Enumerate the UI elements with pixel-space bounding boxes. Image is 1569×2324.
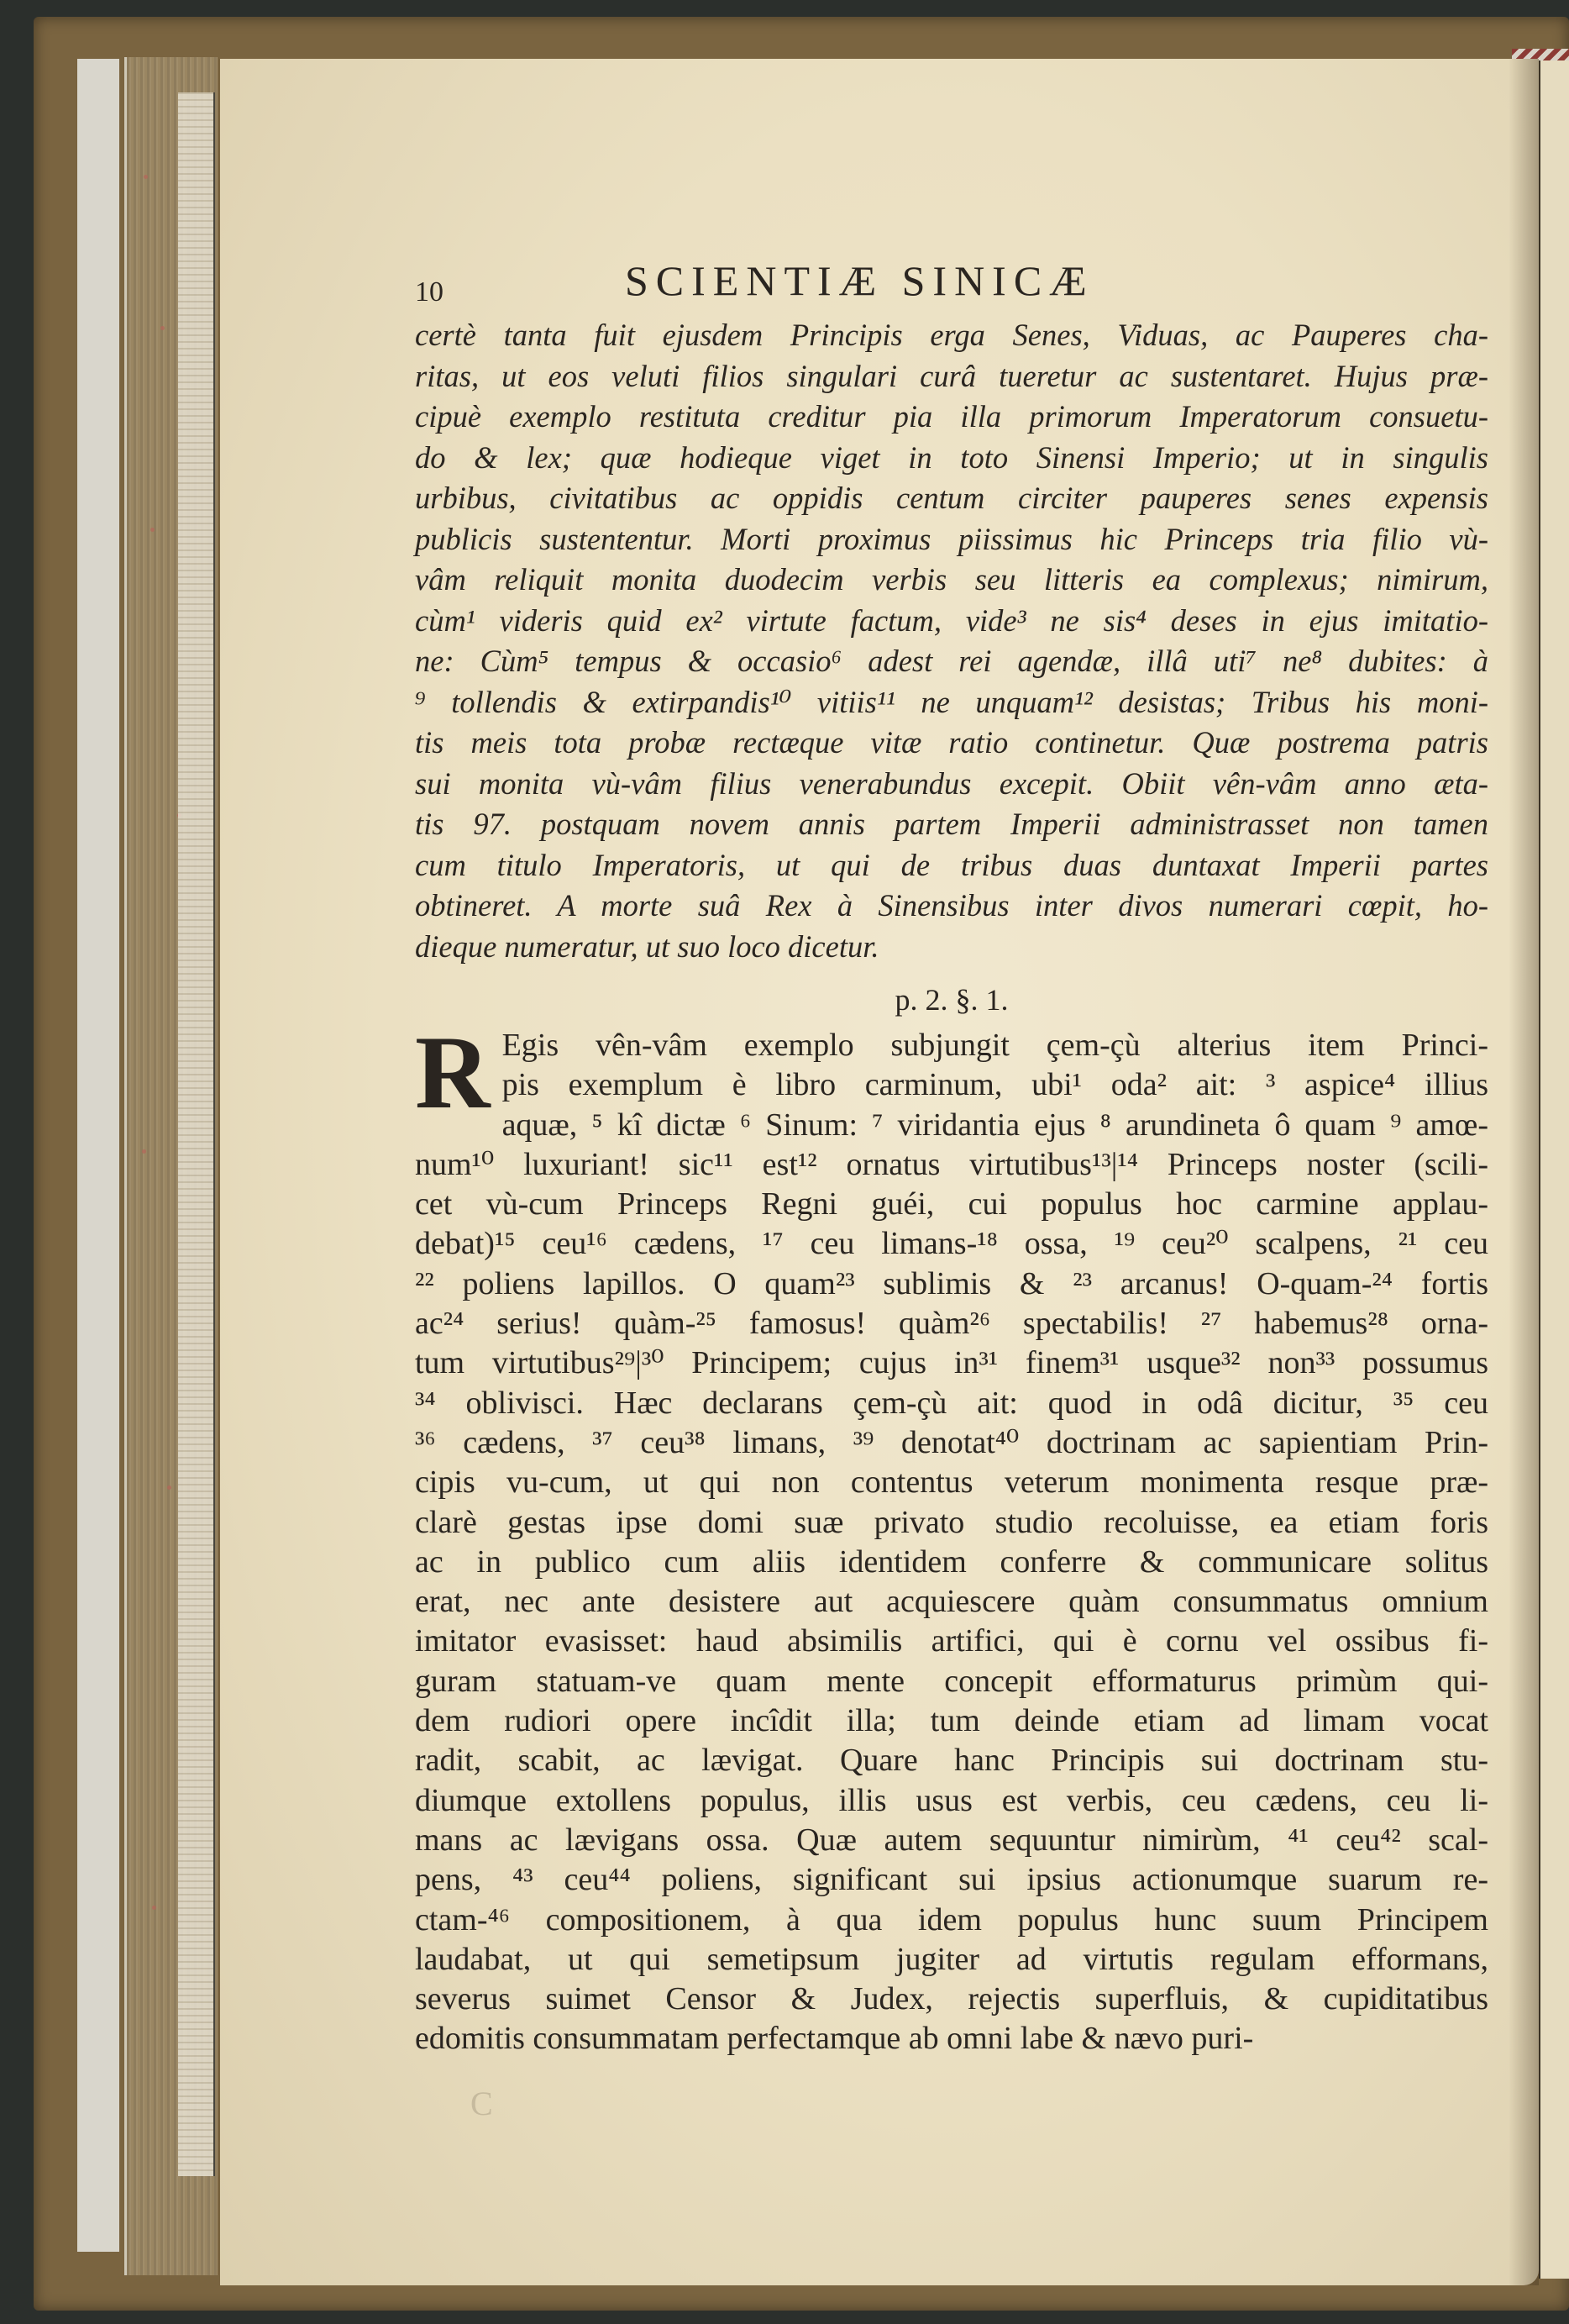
text-line: publicis sustententur. Morti proximus pi… [415, 519, 1488, 560]
text-line: tum virtutibus²⁹|³⁰ Principem; cujus in³… [415, 1343, 1488, 1383]
text-line: do & lex; quæ hodieque viget in toto Sin… [415, 438, 1488, 479]
text-line: diumque extollens populus, illis usus es… [415, 1781, 1488, 1821]
text-line: num¹⁰ luxuriant! sic¹¹ est¹² ornatus vir… [415, 1145, 1488, 1185]
text-line: sui monita vù-vâm filius venerabundus ex… [415, 764, 1488, 805]
text-line: obtineret. A morte suâ Rex à Sinensibus … [415, 886, 1488, 927]
text-line: cipis vu-cum, ut qui non contentus veter… [415, 1463, 1488, 1502]
text-block: 10 SCIENTIÆ SINICÆ certè tanta fuit ejus… [415, 256, 1488, 2059]
text-line: vâm reliquit monita duodecim verbis seu … [415, 560, 1488, 601]
flyleaf [77, 59, 119, 2252]
text-line: imitator evasisset: haud absimilis artif… [415, 1622, 1488, 1661]
text-line: dem rudiori opere incîdit illa; tum dein… [415, 1701, 1488, 1741]
roman-paragraph: R Egis vên-vâm exemplo subjungit çem-çù … [415, 1026, 1488, 2059]
text-line: cipuè exemplo restituta creditur pia ill… [415, 397, 1488, 438]
section-reference: p. 2. §. 1. [415, 982, 1488, 1017]
running-title: SCIENTIÆ SINICÆ [625, 256, 1094, 305]
text-line: mans ac lævigans ossa. Quæ autem sequunt… [415, 1821, 1488, 1860]
running-head: 10 SCIENTIÆ SINICÆ [415, 256, 1488, 315]
text-line: ac²⁴ serius! quàm-²⁵ famosus! quàm²⁶ spe… [415, 1304, 1488, 1343]
text-line: cùm¹ videris quid ex² virtute factum, vi… [415, 601, 1488, 642]
text-line: ⁹ tollendis & extirpandis¹⁰ vitiis¹¹ ne … [415, 682, 1488, 723]
text-line: ²² poliens lapillos. O quam²³ sublimis &… [415, 1265, 1488, 1304]
text-line: cet vù-cum Princeps Regni guéi, cui popu… [415, 1185, 1488, 1224]
page-number: 10 [415, 276, 443, 308]
text-line: pis exemplum è libro carminum, ubi¹ oda²… [415, 1065, 1488, 1105]
text-line: erat, nec ante desistere aut acquiescere… [415, 1582, 1488, 1622]
text-line: pens, ⁴³ ceu⁴⁴ poliens, significant sui … [415, 1860, 1488, 1900]
text-line: urbibus, civitatibus ac oppidis centum c… [415, 478, 1488, 519]
gutter-shadow [1509, 59, 1539, 2285]
text-line: laudabat, ut qui semetipsum jugiter ad v… [415, 1940, 1488, 1980]
facing-page-edge [1539, 60, 1569, 2279]
text-line: aquæ, ⁵ kî dictæ ⁶ Sinum: ⁷ viridantia e… [415, 1106, 1488, 1145]
text-line: certè tanta fuit ejusdem Principis erga … [415, 315, 1488, 356]
text-line: severus suimet Censor & Judex, rejectis … [415, 1980, 1488, 2019]
text-line: ctam-⁴⁶ compositionem, à qua idem populu… [415, 1901, 1488, 1940]
text-line: edomitis consummatam perfectamque ab omn… [415, 2019, 1488, 2058]
text-line: ne: Cùm⁵ tempus & occasio⁶ adest rei age… [415, 641, 1488, 682]
text-line: ritas, ut eos veluti filios singulari cu… [415, 356, 1488, 397]
text-line: cum titulo Imperatoris, ut qui de tribus… [415, 845, 1488, 886]
text-line: clarè gestas ipse domi suæ privato studi… [415, 1503, 1488, 1543]
show-through-mark: C [470, 2084, 493, 2123]
text-line: ³⁴ oblivisci. Hæc declarans çem-çù ait: … [415, 1384, 1488, 1423]
text-line: dieque numeratur, ut suo loco dicetur. [415, 927, 1488, 968]
text-line: tis meis tota probæ rectæque vitæ ratio … [415, 723, 1488, 764]
text-line: ac in publico cum aliis identidem confer… [415, 1543, 1488, 1582]
text-line: guram statuam-ve quam mente concepit eff… [415, 1662, 1488, 1701]
text-line: debat)¹⁵ ceu¹⁶ cædens, ¹⁷ ceu limans-¹⁸ … [415, 1224, 1488, 1264]
drop-cap: R [415, 1031, 491, 1115]
text-line: radit, scabit, ac lævigat. Quare hanc Pr… [415, 1741, 1488, 1780]
folded-plate-edge [178, 92, 215, 2176]
text-line: Egis vên-vâm exemplo subjungit çem-çù al… [415, 1026, 1488, 1065]
italic-paragraph: certè tanta fuit ejusdem Principis erga … [415, 315, 1488, 967]
text-line: ³⁶ cædens, ³⁷ ceu³⁸ limans, ³⁹ denotat⁴⁰… [415, 1423, 1488, 1463]
text-line: tis 97. postquam novem annis partem Impe… [415, 804, 1488, 845]
